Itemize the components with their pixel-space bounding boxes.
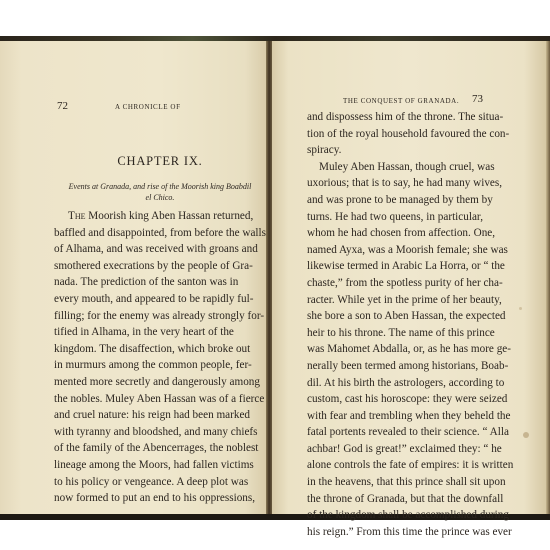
body-line: achbar! God is great!” exclaimed they: “…: [307, 441, 483, 458]
right-page-number: 73: [472, 93, 483, 105]
body-line: Muley Aben Hassan, though cruel, was: [307, 159, 483, 176]
chapter-title: CHAPTER IX.: [60, 154, 260, 169]
body-line: the throne of Granada, but that the down…: [307, 491, 483, 508]
body-line: with tyranny and bloodshed, and many chi…: [54, 424, 232, 441]
body-line: tified in Alhama, in the very heart of t…: [54, 324, 232, 341]
body-line: with fear and trembling when they beheld…: [307, 408, 483, 425]
right-running-head: THE CONQUEST OF GRANADA.: [343, 97, 459, 105]
chapter-subtitle-line: Events at Granada, and rise of the Moori…: [50, 181, 270, 192]
body-line: every mouth, and appeared to be rapidly …: [54, 291, 232, 308]
body-line: the nobles. Muley Aben Hassan was of a f…: [54, 391, 232, 408]
body-line: The Moorish king Aben Hassan returned,: [54, 208, 232, 225]
body-line: filling; for the enemy was already stron…: [54, 308, 232, 325]
body-line: kingdom. The disaffection, which broke o…: [54, 341, 232, 358]
right-page-body: and dispossess him of the throne. The si…: [307, 109, 483, 540]
body-line: in the heavens, that this prince shall s…: [307, 474, 483, 491]
foxing-spot: [519, 307, 522, 310]
book-gutter: [266, 41, 272, 514]
body-line: chaste,” from the spotless purity of her…: [307, 275, 483, 292]
body-line: turns. He had two queens, in particular,: [307, 209, 483, 226]
body-line: of Alhama, and was received with groans …: [54, 241, 232, 258]
body-line: and dispossess him of the throne. The si…: [307, 109, 483, 126]
body-line: was Mahomet Abdalla, or, as he has more …: [307, 341, 483, 358]
body-line: smothered execrations by the people of G…: [54, 258, 232, 275]
left-running-head: A CHRONICLE OF: [115, 103, 181, 111]
body-line: dil. At his birth the astrologers, accor…: [307, 375, 483, 392]
body-line: whom he had chosen from affection. One,: [307, 225, 483, 242]
body-line: nada. The prediction of the santon was i…: [54, 274, 232, 291]
body-line: baffled and disappointed, from before th…: [54, 225, 232, 242]
body-line: racter. While yet in the prime of her be…: [307, 292, 483, 309]
body-line: spiracy.: [307, 142, 483, 159]
body-line: and cruel nature: his reign had been mar…: [54, 407, 232, 424]
body-line: custom, cast his horoscope: they were se…: [307, 391, 483, 408]
foxing-spot: [523, 432, 529, 438]
body-line: alone controls the fate of empires: it i…: [307, 457, 483, 474]
body-line: his reign.” From this time the prince wa…: [307, 524, 483, 541]
left-page-number: 72: [57, 100, 68, 112]
body-line: to his policy or vengeance. A deep plot …: [54, 474, 232, 491]
body-line: lineage among the Moors, had fallen vict…: [54, 457, 232, 474]
body-line: she bore a son to Aben Hassan, the expec…: [307, 308, 483, 325]
body-line: in murmurs among the common people, fer-: [54, 357, 232, 374]
chapter-subtitle-line: el Chico.: [50, 192, 270, 203]
body-line: of the kingdom shall be accomplished dur…: [307, 507, 483, 524]
drop-word: The: [68, 210, 86, 222]
body-line: nerally been termed among historians, Bo…: [307, 358, 483, 375]
left-page-body: The Moorish king Aben Hassan returned, b…: [54, 208, 232, 507]
body-line: tion of the royal household favoured the…: [307, 126, 483, 143]
page-fore-edge: [546, 41, 550, 514]
chapter-subtitle: Events at Granada, and rise of the Moori…: [50, 181, 270, 203]
body-line: now formed to put an end to his oppressi…: [54, 490, 232, 507]
body-line: and was prone to be managed by them by: [307, 192, 483, 209]
body-line: likewise termed in Arabic La Horra, or “…: [307, 258, 483, 275]
body-line: of the family of the Abencerrages, the n…: [54, 440, 232, 457]
body-line: named Ayxa, was a Moorish female; she wa…: [307, 242, 483, 259]
body-line: uxorious; that is to say, he had many wi…: [307, 175, 483, 192]
body-line: fatal portents revealed to their science…: [307, 424, 483, 441]
body-line: mented more secretly and dangerously amo…: [54, 374, 232, 391]
body-line: heir to his throne. The name of this pri…: [307, 325, 483, 342]
